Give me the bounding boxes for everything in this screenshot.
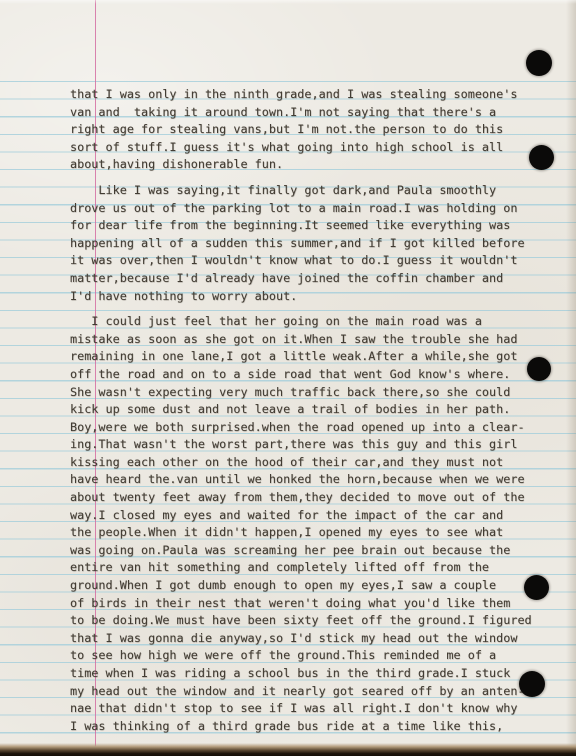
- punch-hole-1: [526, 50, 552, 76]
- paragraph: Like I was saying,it finally got dark,an…: [70, 182, 552, 305]
- typed-line: my head out the window and it nearly got…: [70, 683, 552, 701]
- typed-line: entire van hit something and completely …: [70, 559, 552, 577]
- typed-line: about,having dishonerable fun.: [70, 156, 552, 174]
- typed-line: right age for stealing vans,but I'm not.…: [70, 121, 552, 139]
- typed-line: of birds in their nest that weren't doin…: [70, 595, 552, 613]
- typed-line: Like I was saying,it finally got dark,an…: [70, 182, 552, 200]
- typed-line: remaining in one lane,I got a little wea…: [70, 348, 552, 366]
- typed-line: I'd have nothing to worry about.: [70, 288, 552, 306]
- scanned-notebook-page: that I was only in the ninth grade,and I…: [0, 0, 576, 756]
- bottom-scan-edge: [0, 743, 576, 756]
- typed-line: happening all of a sudden this summer,an…: [70, 235, 552, 253]
- typed-line: was going on.Paula was screaming her pee…: [70, 542, 552, 560]
- typed-line: mistake as soon as she got on it.When I …: [70, 331, 552, 349]
- typed-line: about twenty feet away from them,they de…: [70, 489, 552, 507]
- typed-line: time when I was riding a school bus in t…: [70, 665, 552, 683]
- typed-line: ground.When I got dumb enough to open my…: [70, 577, 552, 595]
- typed-line: ing.That wasn't the worst part,there was…: [70, 436, 552, 454]
- top-edge-highlight: [0, 0, 576, 4]
- paragraph: I could just feel that her going on the …: [70, 313, 552, 735]
- typed-line: to be doing.We must have been sixty feet…: [70, 612, 552, 630]
- typed-line: to see how high we were off the ground.T…: [70, 647, 552, 665]
- typed-line: Boy,were we both surprised.when the road…: [70, 419, 552, 437]
- typed-text: that I was only in the ninth grade,and I…: [70, 86, 552, 735]
- typed-line: off the road and on to a side road that …: [70, 366, 552, 384]
- typed-line: that I was only in the ninth grade,and I…: [70, 86, 552, 104]
- typed-line: for dear life from the beginning.It seem…: [70, 217, 552, 235]
- typed-line: kissing each other on the hood of their …: [70, 454, 552, 472]
- typed-line: nae that didn't stop to see if I was all…: [70, 700, 552, 718]
- typed-line: have heard the.van until we honked the h…: [70, 471, 552, 489]
- typed-line: that I was gonna die anyway,so I'd stick…: [70, 630, 552, 648]
- typed-line: sort of stuff.I guess it's what going in…: [70, 139, 552, 157]
- typed-line: I could just feel that her going on the …: [70, 313, 552, 331]
- typed-line: van and taking it around town.I'm not sa…: [70, 104, 552, 122]
- typed-line: the people.When it didn't happen,I opene…: [70, 524, 552, 542]
- typed-line: way.I closed my eyes and waited for the …: [70, 507, 552, 525]
- typed-line: it was over,then I wouldn't know what to…: [70, 252, 552, 270]
- right-edge-shade: [566, 0, 576, 756]
- typed-line: I was thinking of a third grade bus ride…: [70, 718, 552, 736]
- punch-hole-2: [529, 145, 554, 170]
- punch-hole-4: [524, 575, 549, 600]
- typed-line: She wasn't expecting very much traffic b…: [70, 384, 552, 402]
- typed-line: matter,because I'd already have joined t…: [70, 270, 552, 288]
- punch-hole-3: [527, 357, 551, 381]
- punch-hole-5: [519, 671, 545, 697]
- paragraph: that I was only in the ninth grade,and I…: [70, 86, 552, 174]
- typed-line: kick up some dust and not leave a trail …: [70, 401, 552, 419]
- typed-line: drove us out of the parking lot to a mai…: [70, 200, 552, 218]
